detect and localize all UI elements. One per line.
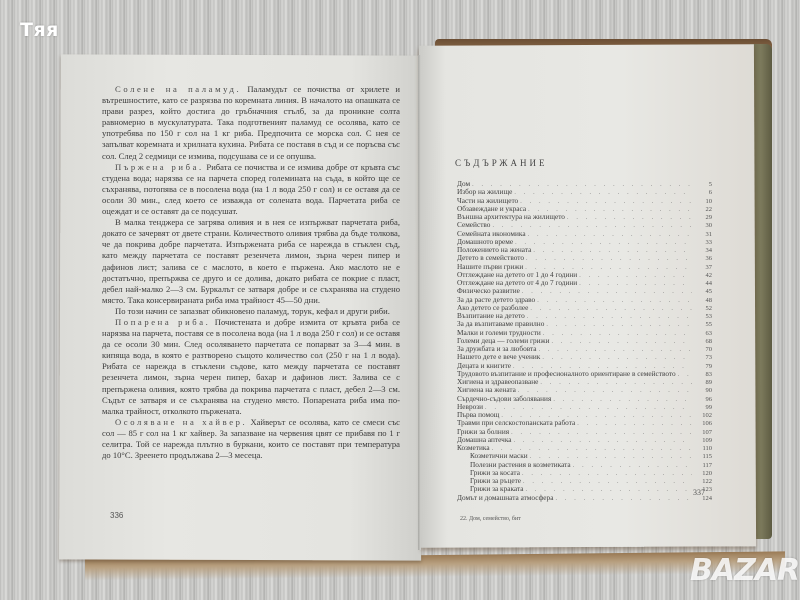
toc-entry: Неврози99 bbox=[457, 403, 712, 411]
recipe-paragraph: В малка тенджера се загрява оливия и в н… bbox=[102, 217, 400, 306]
toc-entry-page: 6 bbox=[694, 189, 712, 196]
toc-entry: Дом5 bbox=[457, 180, 712, 188]
toc-entry-label: За да възпитаваме правилно bbox=[457, 320, 544, 328]
recipe-paragraph: Попарена риба. Почистената и добре измит… bbox=[102, 317, 400, 417]
toc-entry-page: 22 bbox=[694, 206, 712, 213]
toc-entry: Домашното време33 bbox=[457, 238, 712, 246]
toc-entry-label: Части на жилището bbox=[457, 197, 518, 205]
toc-entry: Нашето дете е вече ученик73 bbox=[457, 353, 712, 361]
toc-entry-label: Малки и големи трудности bbox=[457, 329, 541, 337]
toc-entry: Физическо развитие45 bbox=[457, 287, 712, 295]
toc-entry-label: Хигиена и здравеопазване bbox=[457, 378, 538, 386]
toc-entry-label: Грижи за косата bbox=[470, 469, 520, 477]
toc-entry-label: Нашето дете е вече ученик bbox=[457, 353, 540, 361]
recipe-heading: Солене на паламуд. bbox=[115, 84, 241, 94]
recipe-heading: Осоляване на хайвер. bbox=[115, 417, 247, 427]
toc-entry-page: 30 bbox=[694, 222, 712, 229]
toc-entry-label: За да расте детето здраво bbox=[457, 296, 535, 304]
recipe-paragraph: Пържена риба. Рибата се почиства и се из… bbox=[102, 162, 400, 217]
toc-entry-page: 55 bbox=[694, 321, 712, 328]
toc-entry-label: Дом bbox=[457, 180, 470, 188]
toc-entry: Козметични маски115 bbox=[457, 452, 712, 460]
recipe-body: Паламудът се почиства от хрилете и вътре… bbox=[102, 84, 400, 161]
toc-entry: Трудовото възпитание и професионалното о… bbox=[457, 370, 712, 378]
toc-entry-label: Семейство bbox=[457, 221, 490, 229]
toc-entry-page: 83 bbox=[694, 371, 712, 378]
toc-entry-page: 63 bbox=[694, 330, 712, 337]
toc-entry: Нашите първи грижи37 bbox=[457, 263, 712, 271]
toc-entry-page: 29 bbox=[694, 214, 712, 221]
toc-entry-page: 106 bbox=[694, 420, 712, 427]
toc-entry-page: 10 bbox=[694, 198, 712, 205]
toc-leader-dots bbox=[537, 297, 692, 304]
toc-entry: Възпитание на детето53 bbox=[457, 312, 712, 320]
toc-leader-dots bbox=[522, 470, 692, 477]
toc-entry-page: 115 bbox=[694, 453, 712, 460]
toc-entry-label: Външна архитектура на жилището bbox=[457, 213, 565, 221]
toc-entry-label: Неврози bbox=[457, 403, 483, 411]
toc-entry-label: Големи деца — големи грижи bbox=[457, 337, 549, 345]
toc-leader-dots bbox=[678, 371, 692, 378]
toc-entry: За да расте детето здраво48 bbox=[457, 296, 712, 304]
toc-leader-dots bbox=[522, 288, 692, 295]
toc-entry: Грижи за ръцете122 bbox=[457, 477, 712, 485]
toc-leader-dots bbox=[472, 181, 692, 188]
toc-entry-label: За дружбата и за любовта bbox=[457, 345, 537, 353]
right-page-number: 337 bbox=[693, 488, 705, 497]
toc-leader-dots bbox=[539, 346, 693, 353]
toc-entry-label: Обзавеждане и украса bbox=[457, 205, 526, 213]
recipe-body: Почистената и добре измита от кръвта риб… bbox=[102, 317, 400, 416]
toc-entry-label: Грижи за ръцете bbox=[470, 477, 521, 485]
toc-entry-label: Избор на жилище bbox=[457, 188, 512, 196]
toc-entry: Малки и големи трудности63 bbox=[457, 329, 712, 337]
toc-entry-page: 90 bbox=[694, 387, 712, 394]
toc-leader-dots bbox=[492, 222, 692, 229]
toc-entry: Децата и книгите79 bbox=[457, 362, 712, 370]
toc-entry: Ако детето се разболее52 bbox=[457, 304, 712, 312]
toc-entry-label: Отглеждане на детето от 1 до 4 години bbox=[457, 271, 577, 279]
toc-leader-dots bbox=[501, 412, 692, 419]
toc-entry-page: 68 bbox=[694, 338, 712, 345]
toc-entry: Детето в семейството36 bbox=[457, 254, 712, 262]
toc-leader-dots bbox=[485, 404, 692, 411]
toc-entry-page: 42 bbox=[694, 272, 712, 279]
signature-footnote: 22. Дом, семейство, бит bbox=[460, 516, 521, 522]
toc-entry-page: 109 bbox=[694, 437, 712, 444]
watermark-logo-bazar: BAZAR bbox=[690, 553, 799, 588]
toc-leader-dots bbox=[528, 206, 692, 213]
toc-entry-page: 31 bbox=[694, 231, 712, 238]
toc-leader-dots bbox=[577, 420, 692, 427]
toc-leader-dots bbox=[555, 495, 692, 502]
toc-entry-page: 120 bbox=[694, 470, 712, 477]
book-spine bbox=[418, 55, 421, 550]
toc-entry-page: 44 bbox=[694, 280, 712, 287]
toc-entry: Семейство30 bbox=[457, 221, 712, 229]
toc-leader-dots bbox=[530, 305, 692, 312]
toc-leader-dots bbox=[514, 189, 692, 196]
toc-entry-page: 37 bbox=[694, 264, 712, 271]
toc-entry-page: 5 bbox=[694, 181, 712, 188]
toc-leader-dots bbox=[515, 239, 692, 246]
toc-entry-label: Децата и книгите bbox=[457, 362, 511, 370]
toc-entry-page: 79 bbox=[694, 363, 712, 370]
toc-entry-page: 89 bbox=[694, 379, 712, 386]
toc-entry-page: 96 bbox=[694, 396, 712, 403]
toc-entry-label: Домашното време bbox=[457, 238, 513, 246]
toc-leader-dots bbox=[551, 338, 692, 345]
toc-entry-label: Домът и домашната атмосфера bbox=[457, 494, 553, 502]
toc-leader-dots bbox=[492, 445, 692, 452]
toc-entry-page: 52 bbox=[694, 305, 712, 312]
toc-leader-dots bbox=[567, 214, 692, 221]
toc-entry: За дружбата и за любовта70 bbox=[457, 345, 712, 353]
toc-entry: Козметика110 bbox=[457, 444, 712, 452]
toc-title: СЪДЪРЖАНИЕ bbox=[455, 158, 547, 168]
recipe-body: В малка тенджера се загрява оливия и в н… bbox=[102, 217, 400, 305]
toc-entry: Външна архитектура на жилището29 bbox=[457, 213, 712, 221]
toc-entry: Сърдечно-съдови заболявания96 bbox=[457, 395, 712, 403]
toc-entry: Домашна аптечка109 bbox=[457, 436, 712, 444]
toc-entry: Семейната икономика31 bbox=[457, 230, 712, 238]
left-page-number: 336 bbox=[110, 511, 123, 520]
toc-leader-dots bbox=[513, 363, 692, 370]
toc-entry-page: 110 bbox=[694, 445, 712, 452]
toc-entry-label: Козметика bbox=[457, 444, 490, 452]
watermark-logo-top: Тяя bbox=[20, 19, 59, 41]
toc-leader-dots bbox=[542, 354, 692, 361]
toc-entry: Грижи за косата120 bbox=[457, 469, 712, 477]
toc-entry-label: Нашите първи грижи bbox=[457, 263, 523, 271]
toc-entry-label: Полезни растения в козметиката bbox=[470, 461, 571, 469]
toc-entry-label: Детето в семейството bbox=[457, 254, 524, 262]
toc-entry-label: Ако детето се разболее bbox=[457, 304, 528, 312]
toc-entry: Отглеждане на детето от 1 до 4 години42 bbox=[457, 271, 712, 279]
toc-entry-label: Хигиена на жената bbox=[457, 386, 516, 394]
toc-leader-dots bbox=[579, 272, 692, 279]
toc-leader-dots bbox=[530, 453, 692, 460]
toc-entry-label: Положението на жената bbox=[457, 246, 531, 254]
recipe-heading: Попарена риба. bbox=[115, 317, 210, 327]
toc-entry-page: 33 bbox=[694, 239, 712, 246]
toc-leader-dots bbox=[523, 478, 692, 485]
toc-leader-dots bbox=[540, 379, 692, 386]
toc-entry-page: 48 bbox=[694, 297, 712, 304]
toc-entry: Големи деца — големи грижи68 bbox=[457, 337, 712, 345]
recipe-paragraph: Солене на паламуд. Паламудът се почиства… bbox=[102, 84, 400, 162]
toc-leader-dots bbox=[533, 247, 692, 254]
toc-entry: За да възпитаваме правилно55 bbox=[457, 320, 712, 328]
toc-entry: Хигиена на жената90 bbox=[457, 386, 712, 394]
toc-leader-dots bbox=[573, 462, 692, 469]
toc-entry: Домът и домашната атмосфера124 bbox=[457, 494, 712, 502]
toc-entry-label: Грижи за краката bbox=[470, 485, 523, 493]
toc-entry-label: Козметични маски bbox=[470, 452, 528, 460]
recipe-paragraph: По този начин се запазват обикновено пал… bbox=[102, 306, 400, 317]
toc-entry-label: Първа помощ bbox=[457, 411, 499, 419]
toc-entry-label: Физическо развитие bbox=[457, 287, 520, 295]
toc-leader-dots bbox=[526, 255, 692, 262]
left-page-text: Солене на паламуд. Паламудът се почиства… bbox=[102, 84, 400, 461]
toc-leader-dots bbox=[525, 486, 692, 493]
toc-entry-page: 36 bbox=[694, 255, 712, 262]
toc-entry: Части на жилището10 bbox=[457, 197, 712, 205]
toc-entry-label: Сърдечно-съдови заболявания bbox=[457, 395, 551, 403]
toc-entry-page: 45 bbox=[694, 288, 712, 295]
toc-entry-label: Травми при селскостопанската работа bbox=[457, 419, 575, 427]
toc-entry-page: 117 bbox=[694, 462, 712, 469]
toc-entry: Хигиена и здравеопазване89 bbox=[457, 378, 712, 386]
toc-entry-page: 107 bbox=[694, 429, 712, 436]
toc-entry-label: Отглеждане на детето от 4 до 7 години bbox=[457, 279, 577, 287]
toc-entry-label: Семейната икономика bbox=[457, 230, 526, 238]
toc-entry-label: Трудовото възпитание и професионалното о… bbox=[457, 370, 676, 378]
toc-entry-label: Домашна аптечка bbox=[457, 436, 512, 444]
toc-leader-dots bbox=[553, 396, 692, 403]
table-of-contents: Дом5Избор на жилище6Части на жилището10О… bbox=[457, 180, 712, 502]
toc-leader-dots bbox=[527, 313, 692, 320]
toc-leader-dots bbox=[511, 429, 692, 436]
toc-entry-page: 73 bbox=[694, 354, 712, 361]
toc-entry-label: Възпитание на детето bbox=[457, 312, 525, 320]
toc-entry: Избор на жилище6 bbox=[457, 188, 712, 196]
toc-entry-label: Грижи за болния bbox=[457, 428, 509, 436]
toc-leader-dots bbox=[543, 330, 692, 337]
recipe-body: По този начин се запазват обикновено пал… bbox=[115, 306, 390, 316]
recipe-paragraph: Осоляване на хайвер. Хайверът се осолява… bbox=[102, 417, 400, 461]
toc-entry: Положението на жената34 bbox=[457, 246, 712, 254]
toc-entry: Грижи за краката123 bbox=[457, 485, 712, 493]
toc-entry: Полезни растения в козметиката117 bbox=[457, 461, 712, 469]
toc-leader-dots bbox=[546, 321, 692, 328]
toc-leader-dots bbox=[518, 387, 692, 394]
toc-entry-page: 122 bbox=[694, 478, 712, 485]
toc-entry: Отглеждане на детето от 4 до 7 години44 bbox=[457, 279, 712, 287]
toc-entry-page: 102 bbox=[694, 412, 712, 419]
toc-leader-dots bbox=[528, 231, 692, 238]
toc-leader-dots bbox=[579, 280, 692, 287]
toc-entry-page: 99 bbox=[694, 404, 712, 411]
toc-entry-page: 70 bbox=[694, 346, 712, 353]
toc-entry: Обзавеждане и украса22 bbox=[457, 205, 712, 213]
toc-leader-dots bbox=[520, 198, 692, 205]
toc-entry: Травми при селскостопанската работа106 bbox=[457, 419, 712, 427]
toc-entry-page: 53 bbox=[694, 313, 712, 320]
toc-leader-dots bbox=[514, 437, 692, 444]
toc-entry: Първа помощ102 bbox=[457, 411, 712, 419]
toc-entry: Грижи за болния107 bbox=[457, 428, 712, 436]
toc-entry-page: 34 bbox=[694, 247, 712, 254]
recipe-heading: Пържена риба. bbox=[115, 162, 204, 172]
toc-leader-dots bbox=[525, 264, 692, 271]
